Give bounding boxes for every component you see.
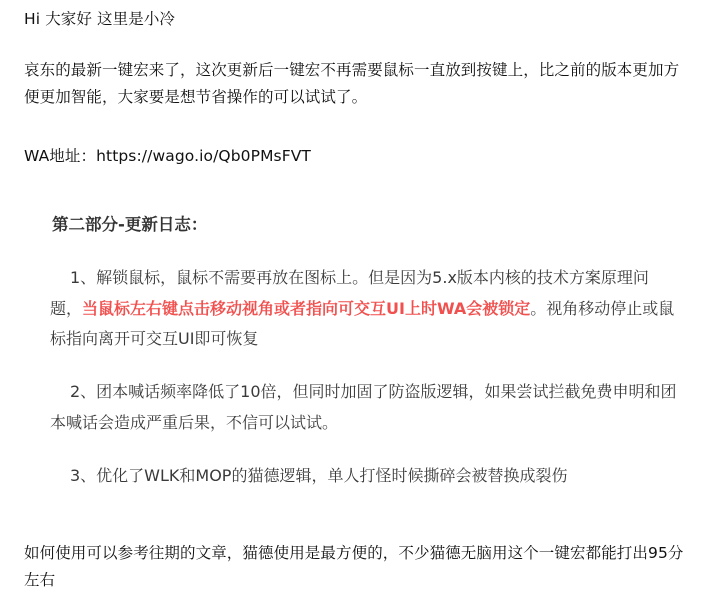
changelog-image: 第二部分-更新日志： 1、解锁鼠标，鼠标不需要再放在图标上。但是因为5.x版本内… [0, 195, 707, 515]
changelog-item: 3、优化了WLK和MOP的猫德逻辑，单人打怪时候撕碎会被替换成裂伤 [50, 461, 680, 492]
changelog-heading: 第二部分-更新日志： [52, 211, 207, 235]
wa-address-line: WA地址：https://wago.io/Qb0PMsFVT [24, 143, 694, 170]
wa-address-link[interactable]: https://wago.io/Qb0PMsFVT [96, 147, 311, 165]
outro-paragraph: 如何使用可以参考往期的文章，猫德使用是最方便的，不少猫德无脑用这个一键宏都能打出… [24, 540, 694, 594]
changelog-item: 2、团本喊话频率降低了10倍，但同时加固了防盗版逻辑，如果尝试拦截免费申明和团本… [50, 377, 680, 438]
changelog-item: 1、解锁鼠标，鼠标不需要再放在图标上。但是因为5.x版本内核的技术方案原理问题，… [50, 263, 680, 355]
changelog-highlight-warning: 当鼠标左右键点击移动视角或者指向可交互UI上时WA会被锁定 [82, 299, 530, 318]
article-body: Hi 大家好 这里是小冷 哀东的最新一键宏来了，这次更新后一键宏不再需要鼠标一直… [0, 0, 707, 609]
intro-paragraph: 哀东的最新一键宏来了，这次更新后一键宏不再需要鼠标一直放到按键上，比之前的版本更… [24, 57, 694, 111]
wa-address-label: WA地址： [24, 147, 96, 165]
greeting-text: Hi 大家好 这里是小冷 [24, 6, 694, 33]
